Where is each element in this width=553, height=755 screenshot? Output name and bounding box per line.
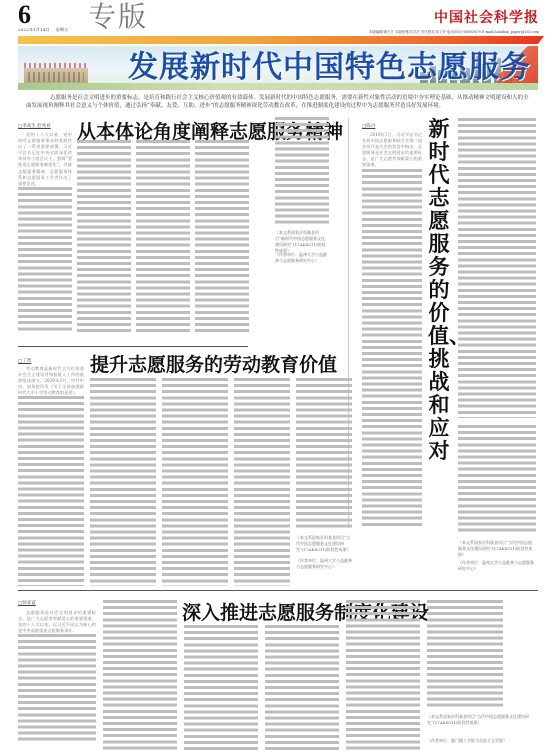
article-1-column-5: [275, 117, 329, 227]
article-2-byline: □陈丹: [362, 123, 375, 129]
article-2-author-note: （作者单位：温州大学公益慈善与志愿服务研究中心）: [458, 560, 536, 572]
masthead-logo: 中国社会科学报: [434, 7, 539, 27]
masthead-info: 本版编辑/谢天天 本版统筹/苏学法 责任校对/刘文东 电话(010)-85885…: [369, 29, 539, 34]
topic-banner: 发展新时代中国特色志愿服务: [18, 46, 538, 90]
article-3-column-3: [162, 378, 228, 586]
article-4-column-4: [265, 625, 339, 750]
page-number: 6: [18, 2, 31, 28]
section-title: 专版: [88, 2, 148, 31]
article-4-byline: □何来富: [18, 600, 36, 606]
great-hall-illustration: [24, 68, 88, 84]
article-4-opening: 志愿服务是社会文明进步的重要标志，是广大志愿者奉献爱心的重要渠道。党的十八大以来…: [18, 610, 96, 634]
article-1-opening: 党的十八大以来，党中央对志愿服务事业的发展作出了一系列重要部署。习近平总书记在中…: [18, 132, 72, 187]
article-4-column-3: [184, 625, 258, 750]
section-rule-2: [18, 590, 538, 591]
article-4-column-6: [427, 600, 503, 710]
article-2-headline: 新时代志愿服务的价值、挑战和应对: [428, 118, 450, 463]
article-2-opening: 2019年7月，习近平总书记在致中国志愿服务联合会第二届会员代表大会的贺信中指出…: [362, 132, 422, 169]
date: 2022年1月14日: [18, 27, 50, 32]
article-4-funding-note: （本文系国家社科基金项目“当代中国志愿服务文化建设研究”(17AKS011)阶段…: [427, 714, 537, 726]
article-3-byline: □丁贤: [18, 358, 31, 364]
article-2-column-1: 2019年7月，习近平总书记在致中国志愿服务联合会第二届会员代表大会的贺信中指出…: [362, 132, 422, 527]
article-1-author-note: （作者单位：温州大学公益慈善与志愿服务研究中心）: [275, 252, 329, 264]
article-2-column-2: [458, 118, 536, 418]
article-3-column-2: [90, 378, 156, 586]
article-3-funding-note: （本文系国家社科基金项目“当代中国志愿服务文化建设研究”(17AKS011)阶段…: [296, 535, 352, 553]
article-2-column-3: [458, 425, 536, 535]
article-1-column-3: [136, 140, 190, 332]
article-3-column-4: [234, 378, 290, 586]
article-2-funding-note: （本文系国家社科基金项目“当代中国志愿服务文化建设研究”(17AKS011)阶段…: [458, 540, 536, 558]
article-3-column-1: 劳动教育是新时代全方位培养社会主义建设者和接班人工作的重要组成部分。2020年3…: [18, 366, 84, 586]
article-4-column-1: 志愿服务是社会文明进步的重要标志，是广大志愿者奉献爱心的重要渠道。党的十八大以来…: [18, 610, 96, 750]
article-1-funding-note: （本文系国家社科基金项目“新时代中国志愿服务文化建设研究”(17AKS011)阶…: [275, 230, 329, 254]
article-4-column-5: [346, 600, 420, 750]
article-4-column-2: [103, 600, 177, 750]
article-1-column-4: [195, 140, 249, 332]
article-4-author-note: （作者单位：厦门理工学院马克思主义学院）: [427, 738, 537, 744]
weekday: 星期五: [56, 27, 69, 32]
article-1-column-2: [77, 140, 131, 332]
banner-title: 发展新时代中国特色志愿服务: [128, 51, 531, 84]
article-3-opening: 劳动教育是新时代全方位培养社会主义建设者和接班人工作的重要组成部分。2020年3…: [18, 366, 84, 396]
article-3-column-5: [296, 378, 352, 528]
issue-date: 2022年1月14日星期五: [18, 27, 74, 33]
article-3-author-note: （作者单位：温州大学公益慈善与志愿服务研究中心）: [296, 558, 352, 570]
header-color-bar: [18, 36, 538, 44]
lead-paragraph: 志愿服务是社会文明进步的重要标志，是培育和践行社会主义核心价值观的有效载体。发展…: [26, 94, 532, 110]
section-rule-1: [18, 346, 248, 347]
article-1-column-1: 党的十八大以来，党中央对志愿服务事业的发展作出了一系列重要部署。习近平总书记在中…: [18, 132, 72, 332]
article-3-headline: 提升志愿服务的劳动教育价值: [90, 350, 337, 377]
article-1-byline: □李高生 赵兆祥: [18, 123, 51, 129]
